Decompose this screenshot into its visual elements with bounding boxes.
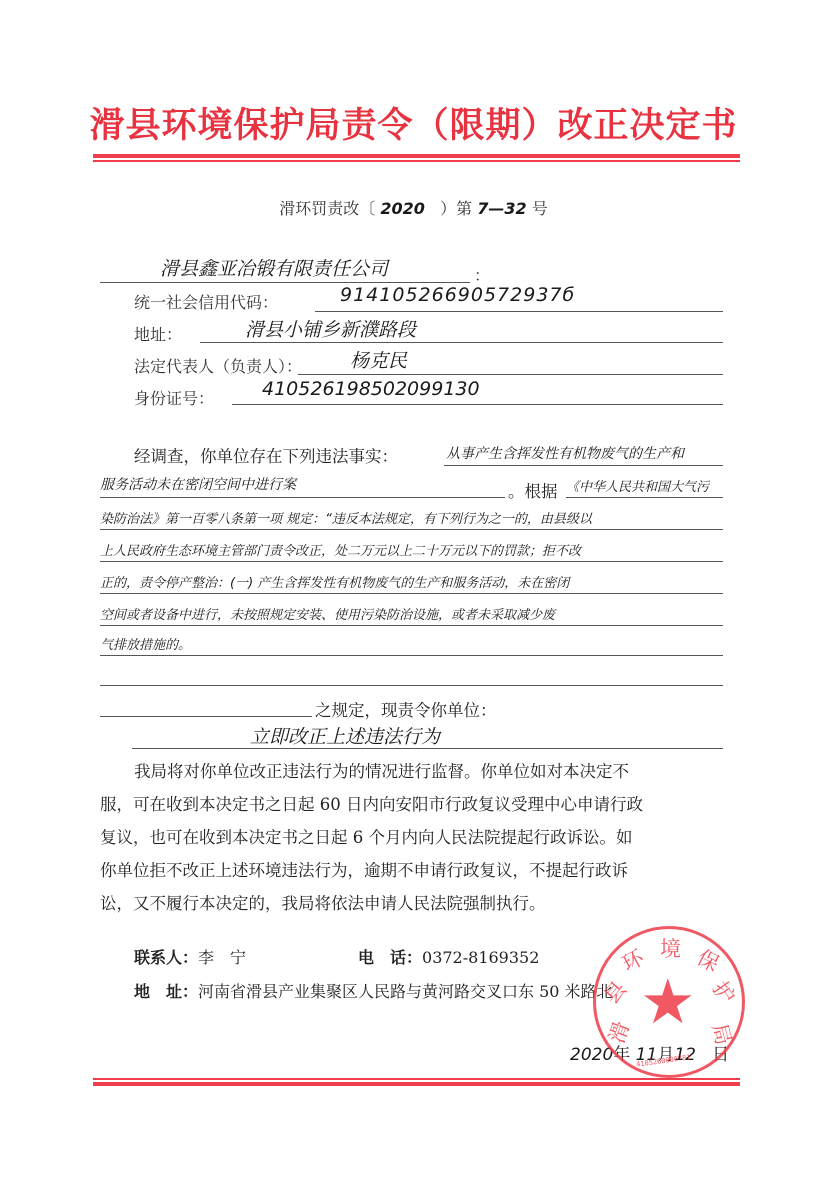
title-divider-thick <box>93 154 740 158</box>
id-number-label: 身份证号： <box>134 386 214 409</box>
doc-number-prefix: 滑环罚责改〔 <box>279 199 375 218</box>
credit-code: 91410526690572937б <box>340 284 575 306</box>
footer-divider-thin <box>93 1078 740 1080</box>
company-name: 滑县鑫亚冶锻有限责任公司 <box>160 254 388 281</box>
title-divider-thin <box>93 160 740 162</box>
doc-year: 2020 <box>380 199 425 218</box>
seal-code: 4105260000781 <box>636 1053 691 1069</box>
document-title: 滑县环境保护局责令（限期）改正决定书 <box>0 98 827 148</box>
legal-rep-label: 法定代表人（负责人）： <box>134 354 302 377</box>
law-text-3: 上人民政府生态环境主管部门责令改正，处二万元以上二十万元以下的罚款；拒不改 <box>100 540 581 559</box>
facts-text-1: 从事产生含挥发性有机物废气的生产和 <box>446 443 684 463</box>
star-icon: ★ <box>640 971 696 1033</box>
law-line-4 <box>100 593 723 594</box>
facts-intro: 经调查，你单位存在下列违法事实： <box>134 440 398 473</box>
contact-phone-label: 电 话： <box>358 948 422 967</box>
date-year: 2020 <box>570 1045 613 1065</box>
contact-person: 联系人：李 宁 <box>134 945 246 968</box>
contact-person-value: 李 宁 <box>198 948 246 967</box>
seal-char: 境 <box>660 933 681 963</box>
facts-line-1 <box>444 465 723 466</box>
order-text: 立即改正上述违法行为 <box>250 722 440 749</box>
official-seal: 滑 县 环 境 保 护 局 ★ 4105260000781 <box>593 926 745 1078</box>
seal-char: 滑 <box>601 1017 636 1047</box>
id-number-value: 410526198502099130 <box>262 378 480 400</box>
credit-code-label: 统一社会信用代码： <box>134 290 278 313</box>
law-text-2: 染防治法》第一百零八条第一项 规定：“违反本法规定，有下列行为之一的，由县级以 <box>100 508 592 527</box>
law-line-2 <box>100 529 723 530</box>
notice-line-3: 复议，也可在收到本决定书之日起 6 个月内向人民法院提起行政诉讼。如 <box>100 821 633 854</box>
facts-text-2: 服务活动未在密闭空间中进行案 <box>100 474 296 494</box>
contact-address-label: 地 址： <box>134 982 198 1001</box>
contact-address: 地 址：河南省滑县产业集聚区人民路与黄河路交叉口东 50 米路北 <box>134 979 613 1002</box>
doc-number-suffix: 号 <box>532 199 548 218</box>
notice-line-4: 你单位拒不改正上述环境违法行为，逾期不申请行政复议，不提起行政诉 <box>100 854 628 887</box>
law-line-5 <box>100 625 723 626</box>
law-line-7 <box>100 685 723 686</box>
seal-char: 保 <box>692 942 725 978</box>
regulation-blank-line <box>100 716 312 717</box>
contact-phone: 电 话：0372-8169352 <box>358 945 539 968</box>
law-text-1: 《中华人民共和国大气污 <box>566 476 709 495</box>
contact-address-value: 河南省滑县产业集聚区人民路与黄河路交叉口东 50 米路北 <box>198 982 613 1001</box>
legal-rep-line <box>298 374 723 375</box>
id-number-line <box>232 404 723 405</box>
credit-code-line <box>315 311 723 312</box>
seal-char: 县 <box>596 974 632 1009</box>
notice-line-2: 服，可在收到本决定书之日起 60 日内向安阳市行政复议受理中心申请行政 <box>100 788 643 821</box>
company-colon: ： <box>474 263 490 286</box>
facts-line-2 <box>100 497 505 498</box>
seal-char: 局 <box>705 1020 739 1048</box>
footer-divider-thick <box>93 1082 740 1086</box>
according-label: 。根据 <box>508 475 558 508</box>
notice-line-5: 讼，又不履行本决定的，我局将依法申请人民法院强制执行。 <box>100 887 546 920</box>
address-label: 地址： <box>134 322 182 345</box>
law-text-4: 正的，责令停产整治：(一) 产生含挥发性有机物废气的生产和服务活动，未在密闭 <box>100 572 569 591</box>
seal-char: 护 <box>706 975 743 1009</box>
doc-number: 7—32 <box>477 199 526 218</box>
law-line-3 <box>100 561 723 562</box>
contact-person-label: 联系人： <box>134 948 198 967</box>
contact-phone-value: 0372-8169352 <box>422 948 539 967</box>
law-line-6 <box>100 655 723 656</box>
address-value: 滑县小铺乡新濮路段 <box>245 315 416 342</box>
law-text-5: 空间或者设备中进行，未按照规定安装、使用污染防治设施，或者未采取减少废 <box>100 604 555 623</box>
legal-rep-value: 杨克民 <box>350 346 407 373</box>
law-line-1 <box>566 497 723 498</box>
law-text-6: 气排放措施的。 <box>100 634 191 653</box>
company-name-line <box>100 282 470 283</box>
doc-number-mid: ）第 <box>440 199 472 218</box>
document-number: 滑环罚责改〔 2020 ）第 7—32 号 <box>0 196 827 219</box>
address-line <box>200 342 723 343</box>
notice-line-1: 我局将对你单位改正违法行为的情况进行监督。你单位如对本决定不 <box>134 755 629 788</box>
